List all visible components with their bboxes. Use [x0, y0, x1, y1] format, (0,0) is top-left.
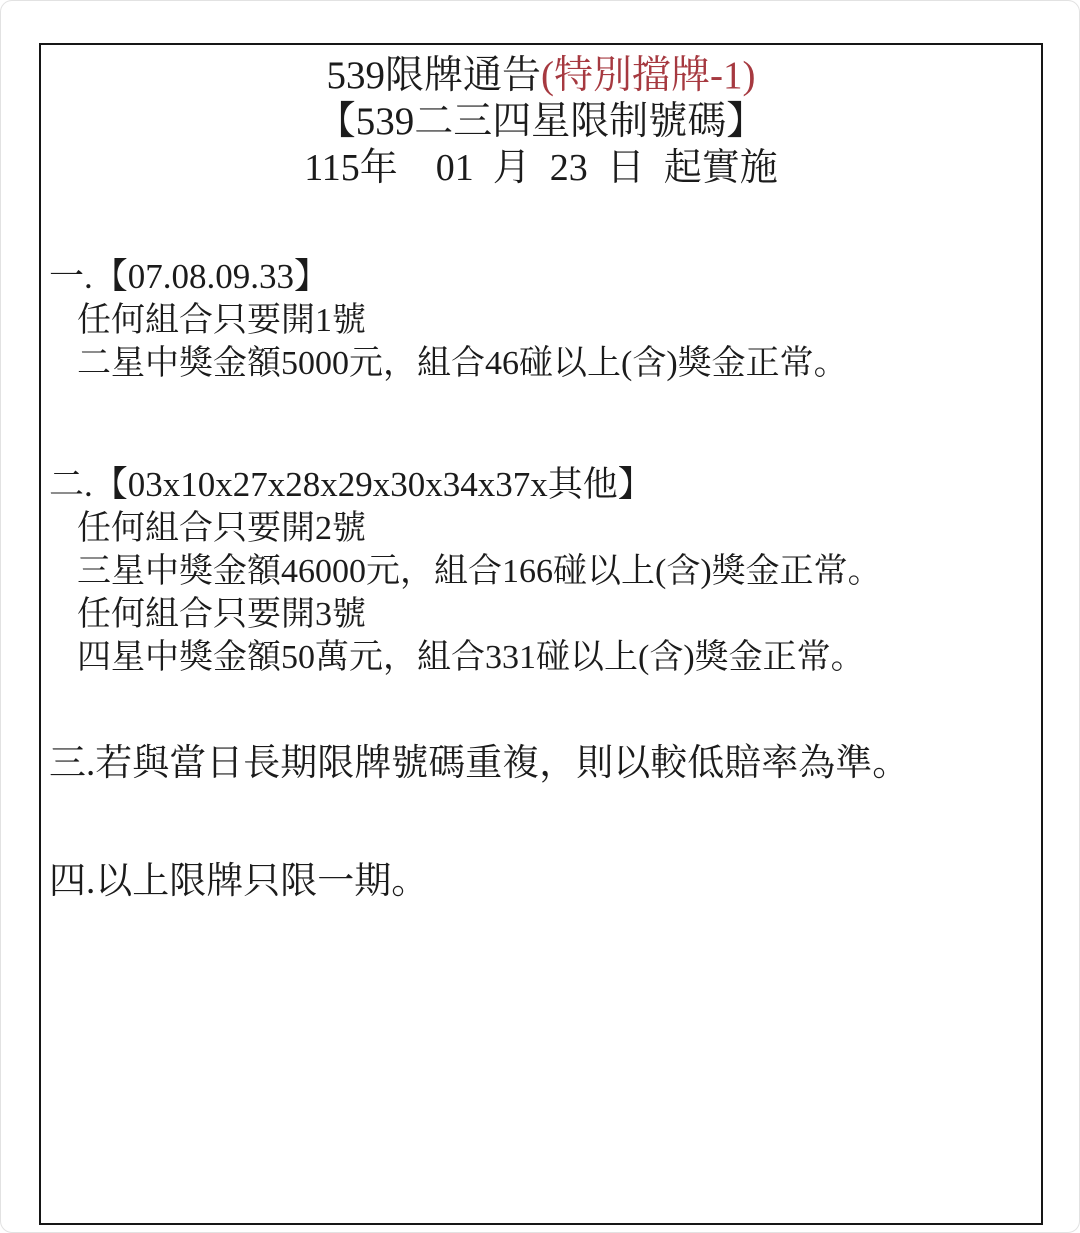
document-title-suffix: (特別擋牌-1): [541, 54, 755, 97]
section-2: 二.【03x10x27x28x29x30x34x37x其他】 任何組合只要開2號…: [49, 463, 1021, 679]
section-2-line-3: 任何組合只要開3號: [49, 593, 1021, 636]
section-1-heading: 一.【07.08.09.33】: [49, 255, 1021, 299]
section-1: 一.【07.08.09.33】 任何組合只要開1號 二星中獎金額5000元，組合…: [49, 255, 1021, 385]
document-page: 539限牌通告(特別擋牌-1) 【539二三四星限制號碼】 115年 01 月 …: [0, 0, 1080, 1233]
section-4-heading: 四.以上限牌只限一期。: [49, 859, 1021, 905]
section-2-line-4: 四星中獎金額50萬元，組合331碰以上(含)獎金正常。: [49, 636, 1021, 679]
section-1-line-2: 二星中獎金額5000元，組合46碰以上(含)獎金正常。: [49, 342, 1021, 385]
section-4: 四.以上限牌只限一期。: [49, 859, 1021, 905]
effective-date-line: 115年 01 月 23 日 起實施: [41, 145, 1041, 191]
document-border: 539限牌通告(特別擋牌-1) 【539二三四星限制號碼】 115年 01 月 …: [39, 43, 1043, 1225]
document-header: 539限牌通告(特別擋牌-1) 【539二三四星限制號碼】 115年 01 月 …: [41, 45, 1041, 191]
section-3-heading: 三.若與當日長期限牌號碼重複，則以較低賠率為準。: [49, 741, 1021, 787]
section-3: 三.若與當日長期限牌號碼重複，則以較低賠率為準。: [49, 741, 1021, 787]
section-2-heading: 二.【03x10x27x28x29x30x34x37x其他】: [49, 463, 1021, 507]
section-2-line-2: 三星中獎金額46000元，組合166碰以上(含)獎金正常。: [49, 550, 1021, 593]
document-body: 一.【07.08.09.33】 任何組合只要開1號 二星中獎金額5000元，組合…: [41, 255, 1041, 905]
section-2-line-1: 任何組合只要開2號: [49, 507, 1021, 550]
document-title: 539限牌通告: [327, 54, 542, 97]
document-subtitle: 【539二三四星限制號碼】: [41, 99, 1041, 145]
section-1-line-1: 任何組合只要開1號: [49, 299, 1021, 342]
document-title-line: 539限牌通告(特別擋牌-1): [41, 53, 1041, 99]
